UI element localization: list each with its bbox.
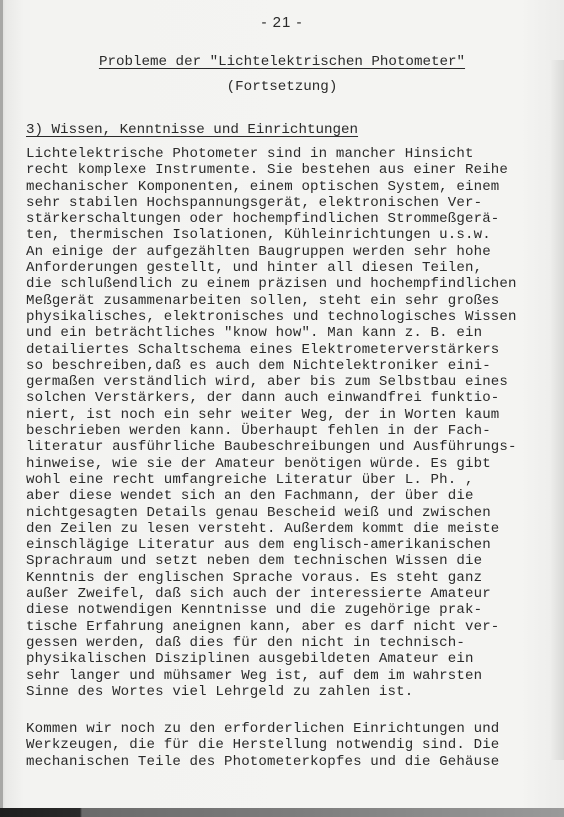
document-title-text: Probleme der "Lichtelektrischen Photomet… bbox=[99, 54, 465, 70]
text-line: tische Erfahrung aneignen kann, aber es … bbox=[26, 619, 517, 635]
text-line: so beschreiben,daß es auch dem Nichtelek… bbox=[26, 358, 517, 374]
text-line: physikalisches, elektronisches und techn… bbox=[26, 309, 517, 325]
text-line: sehr langer und mühsamer Weg ist, auf de… bbox=[26, 668, 517, 684]
text-line: Sinne des Wortes viel Lehrgeld zu zahlen… bbox=[26, 684, 517, 700]
text-line: germaßen verständlich wird, aber bis zum… bbox=[26, 374, 517, 390]
text-line: hinweise, wie sie der Amateur benötigen … bbox=[26, 456, 517, 472]
text-line: aber diese wendet sich an den Fachmann, … bbox=[26, 488, 517, 504]
text-line: sehr stabilen Hochspannungsgerät, elektr… bbox=[26, 195, 517, 211]
text-line: Meßgerät zusammenarbeiten sollen, steht … bbox=[26, 293, 517, 309]
document-title: Probleme der "Lichtelektrischen Photomet… bbox=[0, 53, 564, 71]
text-line: Kommen wir noch zu den erforderlichen Ei… bbox=[26, 721, 499, 737]
paragraph-knowledge: Lichtelektrische Photometer sind in manc… bbox=[26, 146, 517, 700]
page-left-edge-shadow bbox=[0, 0, 3, 808]
show-through-bleed bbox=[550, 60, 564, 760]
text-line: wohl eine recht umfangreiche Literatur ü… bbox=[26, 472, 517, 488]
text-line: stärkerschaltungen oder hochempfindliche… bbox=[26, 211, 517, 227]
text-line: mechanischen Teile des Photometerkopfes … bbox=[26, 754, 499, 770]
text-line: literatur ausführliche Baubeschreibungen… bbox=[26, 439, 517, 455]
text-line: und ein beträchtliches "know how". Man k… bbox=[26, 325, 517, 341]
text-line: Anforderungen gestellt, und hinter all d… bbox=[26, 260, 517, 276]
document-subtitle: (Fortsetzung) bbox=[0, 78, 564, 96]
text-line: beschrieben werden kann. Überhaupt fehle… bbox=[26, 423, 517, 439]
text-line: Sprachraum und setzt neben dem technisch… bbox=[26, 553, 517, 569]
scan-bottom-edge bbox=[0, 808, 564, 817]
text-line: den Zeilen zu lesen versteht. Außerdem k… bbox=[26, 521, 517, 537]
text-line: die schlußendlich zu einem präzisen und … bbox=[26, 276, 517, 292]
paragraph-equipment: Kommen wir noch zu den erforderlichen Ei… bbox=[26, 721, 499, 770]
text-line: außer Zweifel, daß sich auch der interes… bbox=[26, 586, 517, 602]
text-line: physikalischen Disziplinen ausgebildeten… bbox=[26, 651, 517, 667]
scanned-page: - 21 - Probleme der "Lichtelektrischen P… bbox=[0, 0, 564, 808]
text-line: Lichtelektrische Photometer sind in manc… bbox=[26, 146, 517, 162]
text-line: Werkzeugen, die für die Herstellung notw… bbox=[26, 737, 499, 753]
text-line: diese notwendigen Kenntnisse und die zug… bbox=[26, 602, 517, 618]
text-line: mechanischer Komponenten, einem optische… bbox=[26, 179, 517, 195]
text-line: solchen Verstärkers, der dann auch einwa… bbox=[26, 390, 517, 406]
text-line: einschlägige Literatur aus dem englisch-… bbox=[26, 537, 517, 553]
section-heading: 3) Wissen, Kenntnisse und Einrichtungen bbox=[26, 121, 358, 139]
text-line: nichtgesagten Details genau Bescheid wei… bbox=[26, 505, 517, 521]
text-line: gessen werden, daß dies für den nicht in… bbox=[26, 635, 517, 651]
text-line: Kenntnis der englischen Sprache voraus. … bbox=[26, 570, 517, 586]
text-line: detailiertes Schaltschema eines Elektrom… bbox=[26, 342, 517, 358]
text-line: niert, ist noch ein sehr weiter Weg, der… bbox=[26, 407, 517, 423]
text-line: An einige der aufgezählten Baugruppen we… bbox=[26, 244, 517, 260]
text-line: recht komplexe Instrumente. Sie bestehen… bbox=[26, 162, 517, 178]
text-line: ten, thermischen Isolationen, Kühleinric… bbox=[26, 227, 517, 243]
page-number: - 21 - bbox=[0, 14, 564, 31]
